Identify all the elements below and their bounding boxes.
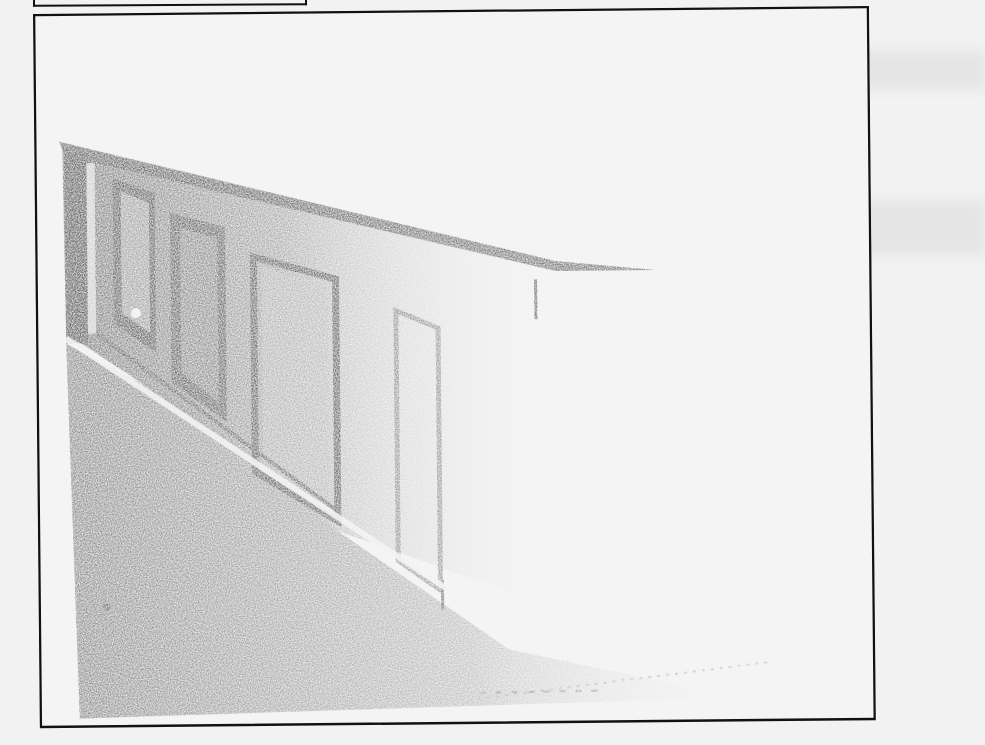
- photo-frame: [33, 6, 876, 728]
- scanned-page: [0, 0, 985, 745]
- corner-post: [64, 153, 88, 343]
- photo-content: [33, 6, 876, 730]
- previous-photo-frame-edge: [33, 0, 307, 7]
